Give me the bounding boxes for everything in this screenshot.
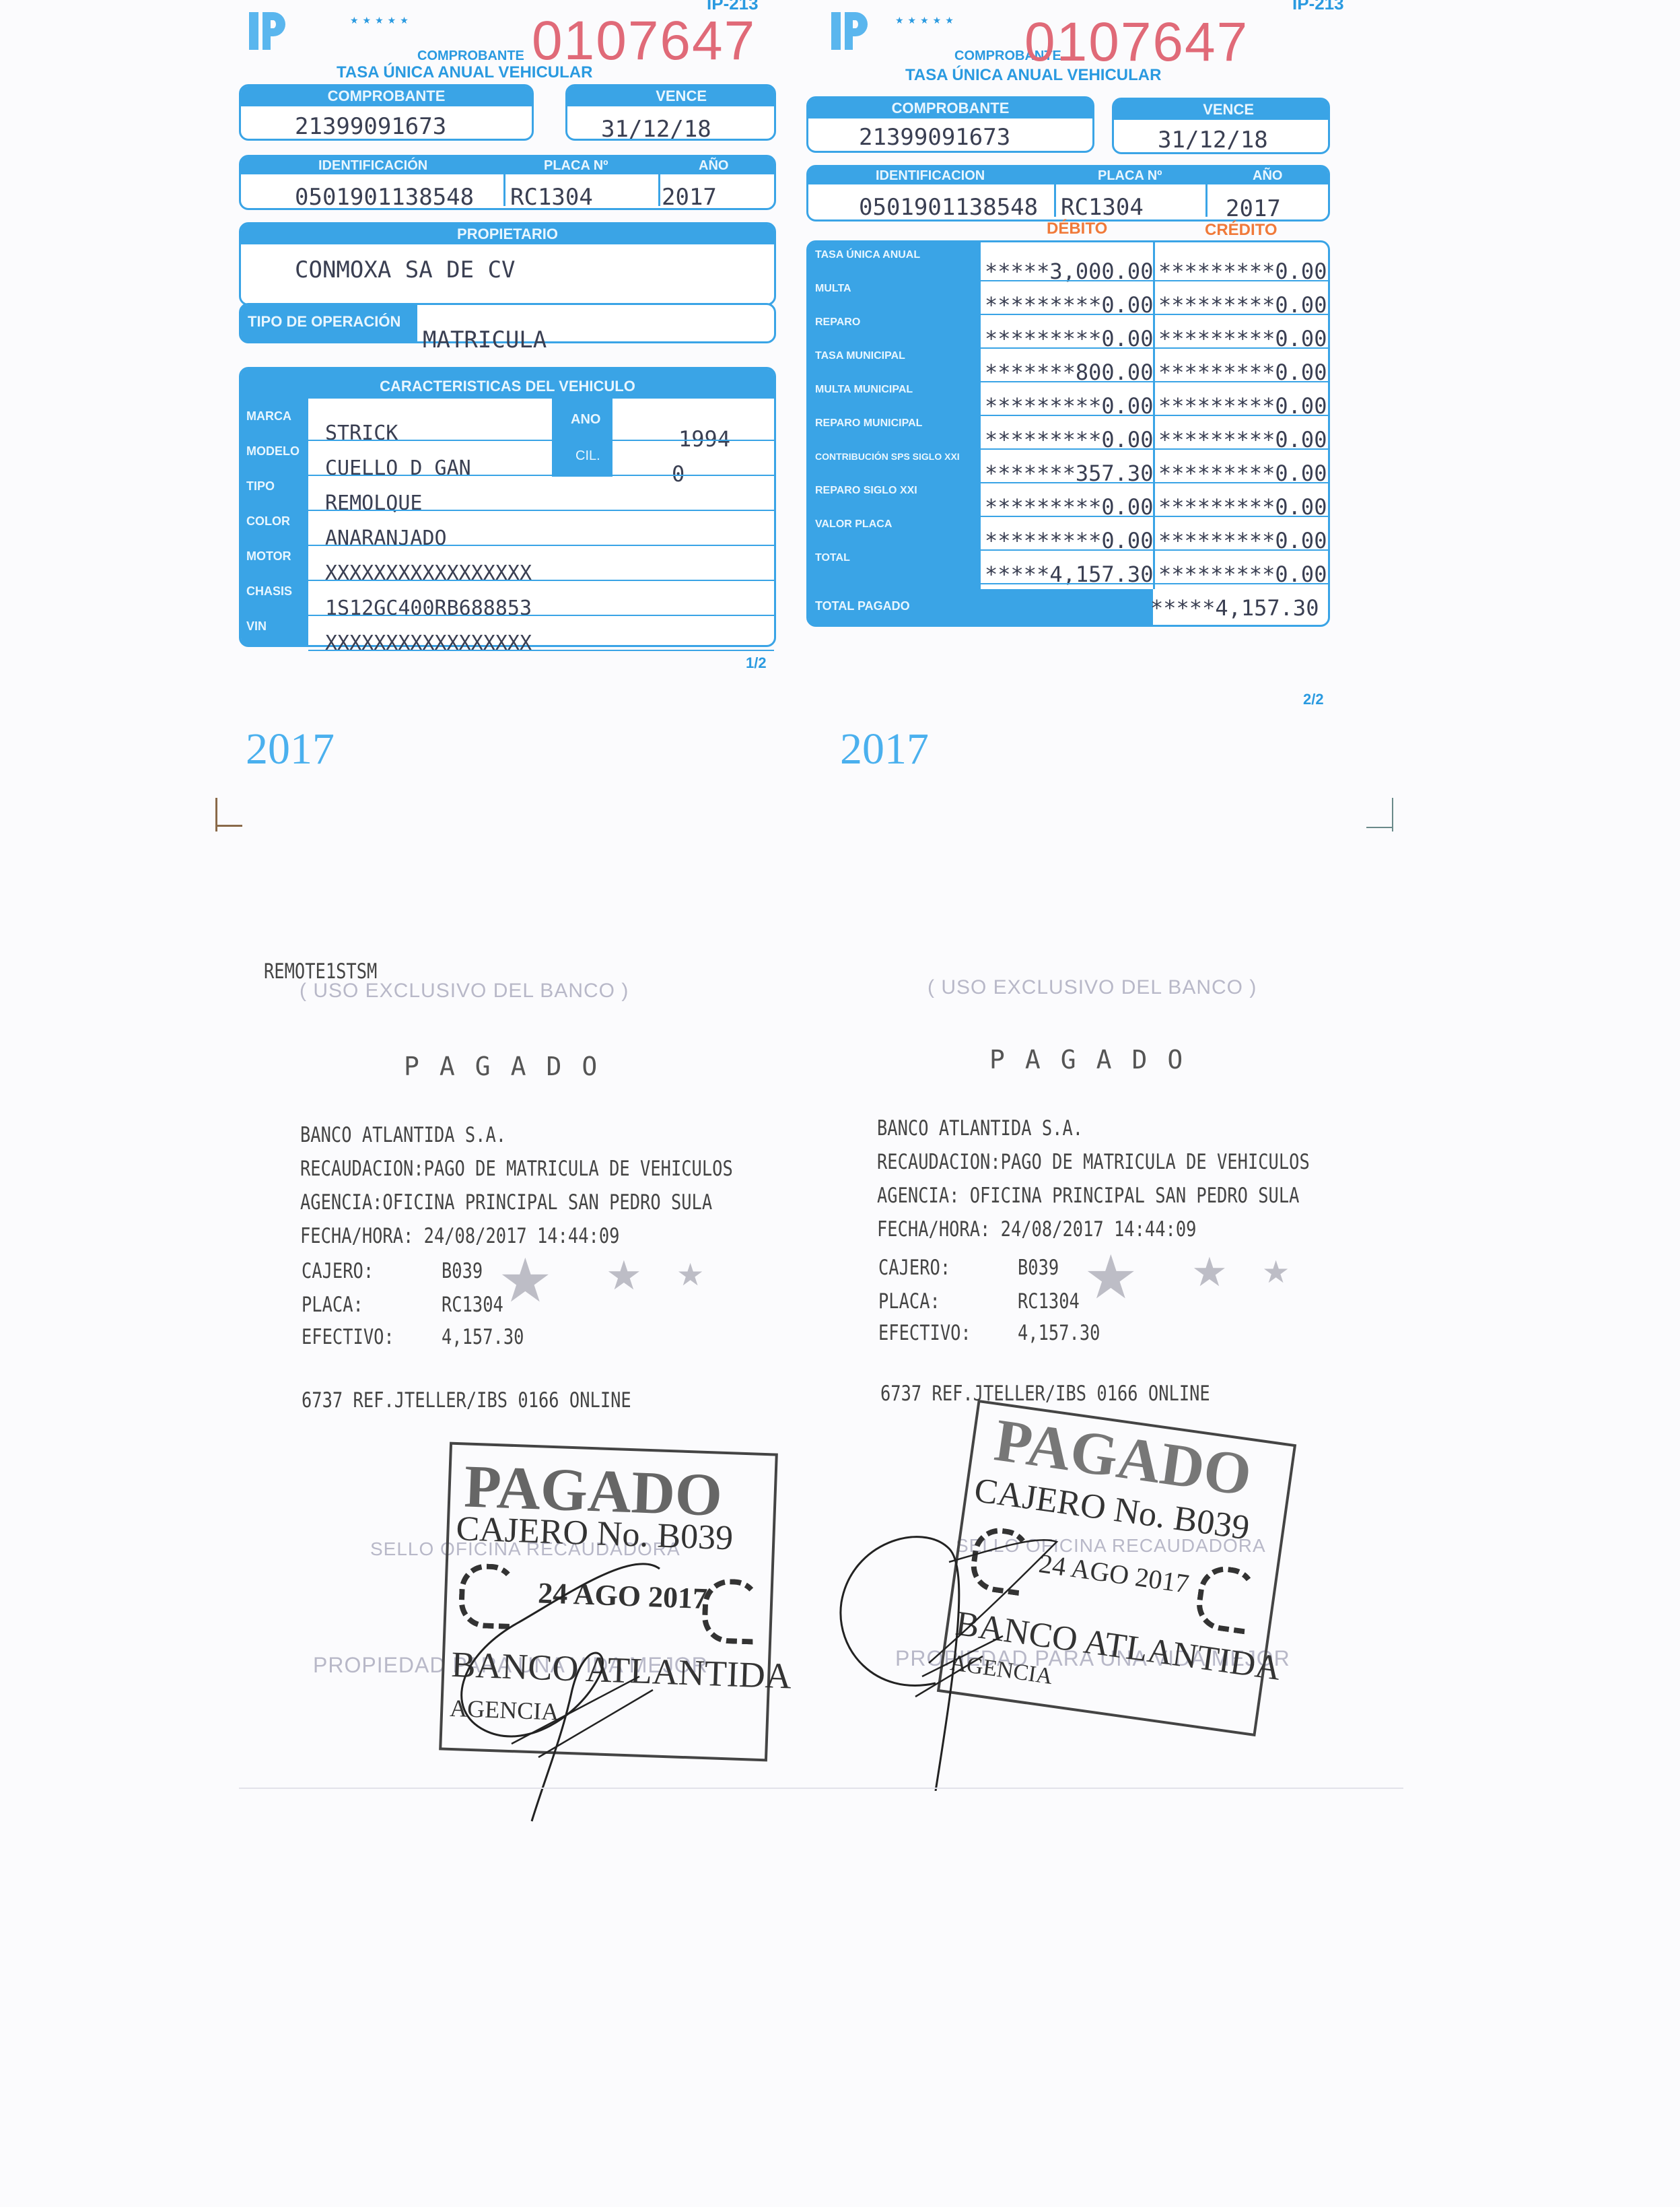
comprobante-caption: COMPROBANTE	[417, 48, 524, 64]
bank-exclusive-note: ( USO EXCLUSIVO DEL BANCO )	[928, 976, 1257, 999]
charge-label: TASA ÚNICA ANUAL	[815, 249, 920, 261]
charge-label: TOTAL	[815, 552, 850, 564]
placa-value: RC1304	[1061, 194, 1144, 221]
vehicle-field-value: STRICK	[325, 421, 398, 445]
anio-value: 2017	[662, 184, 717, 211]
star-icon: ★	[1084, 1242, 1138, 1313]
bank-receipt-line: AGENCIA:OFICINA PRINCIPAL SAN PEDRO SULA	[300, 1190, 712, 1215]
bank-receipt-line: BANCO ATLANTIDA S.A.	[877, 1116, 1083, 1141]
caracteristicas-panel: CARACTERISTICAS DEL VEHICULO ANO CIL. 19…	[239, 367, 776, 647]
crop-mark	[215, 825, 242, 827]
vehicle-field-label: VIN	[246, 619, 267, 634]
vehicle-field-label: TIPO	[246, 479, 275, 494]
pagado-title: PAGADO	[404, 1052, 617, 1081]
placa-label: PLACA:	[302, 1293, 363, 1317]
comprobante-value: 21399091673	[295, 113, 446, 140]
signature	[835, 1495, 1104, 1791]
charge-label: VALOR PLACA	[815, 518, 892, 531]
charges-table: TASA ÚNICA ANUAL*****3,000.00*********0.…	[806, 240, 1330, 627]
identificacion-field: IDENTIFICACION PLACA Nº AÑO 050190113854…	[806, 165, 1330, 222]
vehicle-field-label: MODELO	[246, 444, 300, 459]
bank-receipt-line: RECAUDACION:PAGO DE MATRICULA DE VEHICUL…	[300, 1157, 733, 1181]
charge-label: REPARO MUNICIPAL	[815, 417, 922, 430]
comprobante-field: COMPROBANTE 21399091673	[806, 96, 1094, 153]
credito-label: CRÉDITO	[1205, 221, 1277, 240]
charge-label: REPARO	[815, 316, 860, 329]
bank-exclusive-note: ( USO EXCLUSIVO DEL BANCO )	[300, 980, 629, 1003]
vence-field: VENCE 31/12/18	[1112, 98, 1330, 154]
vehicle-field-value: REMOLQUE	[325, 491, 423, 515]
crop-mark	[239, 1788, 1403, 1789]
crop-mark	[1366, 827, 1393, 828]
vehicle-field-value: ANARANJADO	[325, 527, 447, 550]
stars-decoration: ★★★★★	[350, 15, 413, 26]
vehicle-field-label: CHASIS	[246, 584, 292, 599]
vehicle-field-value: CUELLO D GAN	[325, 456, 471, 480]
pagado-title: PAGADO	[989, 1045, 1203, 1075]
charge-label: MULTA MUNICIPAL	[815, 384, 913, 396]
ip-logo-icon	[831, 12, 872, 53]
identificacion-field: IDENTIFICACIÓN PLACA Nº AÑO 050190113854…	[239, 155, 776, 210]
vence-value: 31/12/18	[601, 116, 711, 143]
vence-value: 31/12/18	[1158, 127, 1268, 154]
vehicle-field-label: COLOR	[246, 514, 290, 529]
star-icon: ★	[1262, 1254, 1290, 1290]
serial-number: 0107647	[1024, 11, 1249, 74]
bank-logo-icon	[1193, 1563, 1260, 1635]
cajero-label: CAJERO:	[878, 1256, 950, 1280]
bank-receipt-line: FECHA/HORA: 24/08/2017 14:44:09	[300, 1224, 619, 1248]
placa-label: PLACA:	[878, 1289, 940, 1314]
identificacion-value: 0501901138548	[295, 184, 474, 211]
debito-label: DÉBITO	[1047, 219, 1107, 238]
efectivo-value: 4,157.30	[442, 1325, 524, 1349]
bank-receipt-line: BANCO ATLANTIDA S.A.	[300, 1123, 506, 1147]
form-title: TASA ÚNICA ANUAL VEHICULAR	[905, 66, 1161, 85]
placa-value: RC1304	[1018, 1289, 1080, 1314]
cajero-value: B039	[1018, 1256, 1059, 1280]
ip-logo-icon	[249, 12, 289, 53]
charge-label: REPARO SIGLO XXI	[815, 485, 917, 497]
tipo-operacion-field: TIPO DE OPERACIÓN MATRICULA	[239, 303, 776, 343]
star-icon: ★	[676, 1256, 704, 1293]
transaction-reference: 6737 REF.JTELLER/IBS 0166 ONLINE	[302, 1388, 631, 1413]
comprobante-value: 21399091673	[859, 124, 1010, 151]
cajero-value: B039	[442, 1259, 483, 1283]
cajero-label: CAJERO:	[302, 1259, 374, 1283]
efectivo-label: EFECTIVO:	[878, 1321, 971, 1345]
star-icon: ★	[606, 1252, 642, 1299]
bank-receipt-line: RECAUDACION:PAGO DE MATRICULA DE VEHICUL…	[877, 1150, 1310, 1174]
year-watermark: 2017	[246, 724, 335, 775]
transaction-reference: 6737 REF.JTELLER/IBS 0166 ONLINE	[880, 1382, 1210, 1406]
tipo-operacion-value: MATRICULA	[423, 327, 547, 353]
form-code: IP-213	[1292, 0, 1344, 14]
efectivo-value: 4,157.30	[1018, 1321, 1100, 1345]
star-icon: ★	[1191, 1249, 1228, 1296]
vehicle-field-label: MOTOR	[246, 549, 291, 564]
propietario-value: CONMOXA SA DE CV	[295, 257, 516, 283]
page-indicator: 1/2	[746, 654, 767, 672]
total-pagado-value: *****4,157.30	[1150, 595, 1319, 621]
form-title: TASA ÚNICA ANUAL VEHICULAR	[337, 63, 592, 82]
placa-value: RC1304	[442, 1293, 503, 1317]
charge-label: CONTRIBUCIÓN SPS SIGLO XXI	[815, 451, 960, 462]
placa-value: RC1304	[510, 184, 593, 211]
anio-value: 2017	[1226, 195, 1281, 222]
vehicle-field-value: XXXXXXXXXXXXXXXXX	[325, 562, 532, 585]
year-watermark: 2017	[840, 724, 929, 775]
vehicle-field-value: 1S12GC400RB688853	[325, 597, 532, 620]
stars-decoration: ★★★★★	[895, 15, 958, 26]
vehicle-field-label: MARCA	[246, 409, 291, 423]
vence-field: VENCE 31/12/18	[565, 84, 776, 141]
bank-receipt-line: AGENCIA: OFICINA PRINCIPAL SAN PEDRO SUL…	[877, 1184, 1299, 1208]
bank-receipt-line: FECHA/HORA: 24/08/2017 14:44:09	[877, 1217, 1196, 1242]
cil-value: 0	[672, 461, 685, 487]
ano-value: 1994	[678, 426, 730, 452]
charge-label: TASA MUNICIPAL	[815, 350, 905, 362]
page-indicator: 2/2	[1303, 691, 1324, 708]
charge-label: MULTA	[815, 283, 851, 295]
star-icon: ★	[498, 1246, 553, 1316]
propietario-field: PROPIETARIO CONMOXA SA DE CV	[239, 222, 776, 306]
identificacion-value: 0501901138548	[859, 194, 1038, 221]
comprobante-field: COMPROBANTE 21399091673	[239, 84, 534, 141]
vehicle-field-value: XXXXXXXXXXXXXXXXX	[325, 632, 532, 655]
signature	[431, 1555, 713, 1825]
efectivo-label: EFECTIVO:	[302, 1325, 394, 1349]
total-pagado-label: TOTAL PAGADO	[815, 599, 910, 613]
